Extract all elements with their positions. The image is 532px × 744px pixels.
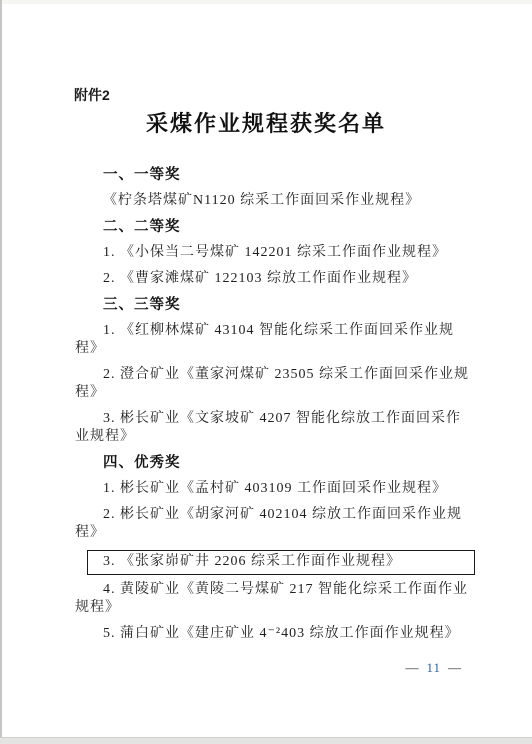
award-item: 《柠条塔煤矿N1120 综采工作面回采作业规程》 bbox=[75, 192, 475, 210]
document-page: 附件2 采煤作业规程获奖名单 一、一等奖 《柠条塔煤矿N1120 综采工作面回采… bbox=[0, 0, 532, 744]
award-item: 3. 彬长矿业《文家坡矿 4207 智能化综放工作面回采作业规程》 bbox=[75, 410, 475, 446]
viewer-left-edge bbox=[0, 0, 2, 744]
attachment-label: 附件2 bbox=[74, 87, 110, 103]
award-item: 2. 澄合矿业《董家河煤矿 23505 综采工作面回采作业规程》 bbox=[75, 366, 475, 402]
award-item: 1. 《红柳林煤矿 43104 智能化综采工作面回采作业规程》 bbox=[75, 322, 475, 358]
document-viewer: 附件2 采煤作业规程获奖名单 一、一等奖 《柠条塔煤矿N1120 综采工作面回采… bbox=[0, 0, 532, 744]
footer-dash-left: — bbox=[405, 660, 419, 675]
viewer-top-edge bbox=[0, 0, 532, 4]
footer-dash-right: — bbox=[448, 660, 462, 675]
award-item: 2. 《曹家滩煤矿 122103 综放工作面作业规程》 bbox=[75, 270, 475, 288]
section-heading-first-prize: 一、一等奖 bbox=[75, 166, 475, 184]
section-heading-excellence-prize: 四、优秀奖 bbox=[75, 454, 475, 472]
award-item-highlighted: 3. 《张家峁矿井 2206 综采工作面作业规程》 bbox=[87, 550, 475, 575]
viewer-bottom-edge bbox=[0, 737, 532, 744]
award-item: 1. 《小保当二号煤矿 142201 综采工作面作业规程》 bbox=[75, 244, 475, 262]
award-item: 2. 彬长矿业《胡家河矿 402104 综放工作面回采作业规程》 bbox=[75, 506, 475, 542]
award-item: 5. 蒲白矿业《建庄矿业 4⁻²403 综放工作面作业规程》 bbox=[75, 625, 475, 643]
page-number: 11 bbox=[426, 660, 441, 675]
award-item: 4. 黄陵矿业《黄陵二号煤矿 217 智能化综采工作面作业规程》 bbox=[75, 581, 475, 617]
section-heading-second-prize: 二、二等奖 bbox=[75, 218, 475, 236]
page-footer: —11— bbox=[405, 660, 462, 676]
award-list: 一、一等奖 《柠条塔煤矿N1120 综采工作面回采作业规程》 二、二等奖 1. … bbox=[75, 166, 475, 651]
award-item: 1. 彬长矿业《孟村矿 403109 工作面回采作业规程》 bbox=[75, 480, 475, 498]
section-heading-third-prize: 三、三等奖 bbox=[75, 296, 475, 314]
page-title: 采煤作业规程获奖名单 bbox=[0, 110, 532, 138]
